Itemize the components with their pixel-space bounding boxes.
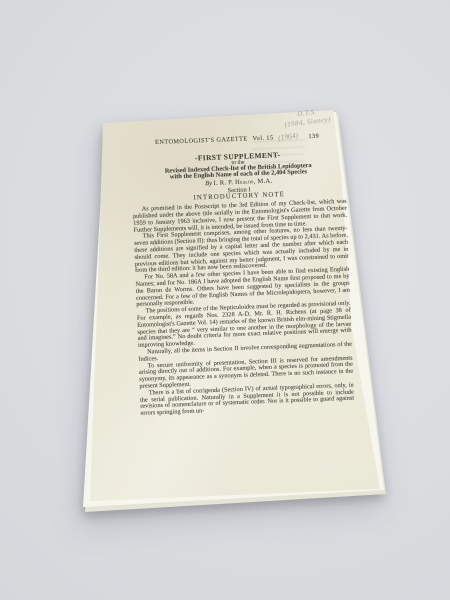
journal-name: ENTOMOLOGIST'S GAZETTE xyxy=(155,135,248,146)
page-text: ENTOMOLOGIST'S GAZETTE Vol. 15 (1964) 13… xyxy=(130,131,355,418)
photo-of-document: O.T.S. (1984, Slaney) ENTOMOLOGIST'S GAZ… xyxy=(0,0,450,600)
body-text: As promised in the Postscript to the 3rd… xyxy=(133,199,355,418)
pencil-year-annotation: (1964) xyxy=(278,132,299,142)
journal-volume: Vol. 15 xyxy=(252,134,273,142)
journal-page-number: 139 xyxy=(308,133,319,140)
byline-author: I. R. P. Heslop, M.A. xyxy=(213,177,272,186)
paper-stack: O.T.S. (1984, Slaney) ENTOMOLOGIST'S GAZ… xyxy=(0,0,450,600)
byline-by: By xyxy=(205,179,212,186)
